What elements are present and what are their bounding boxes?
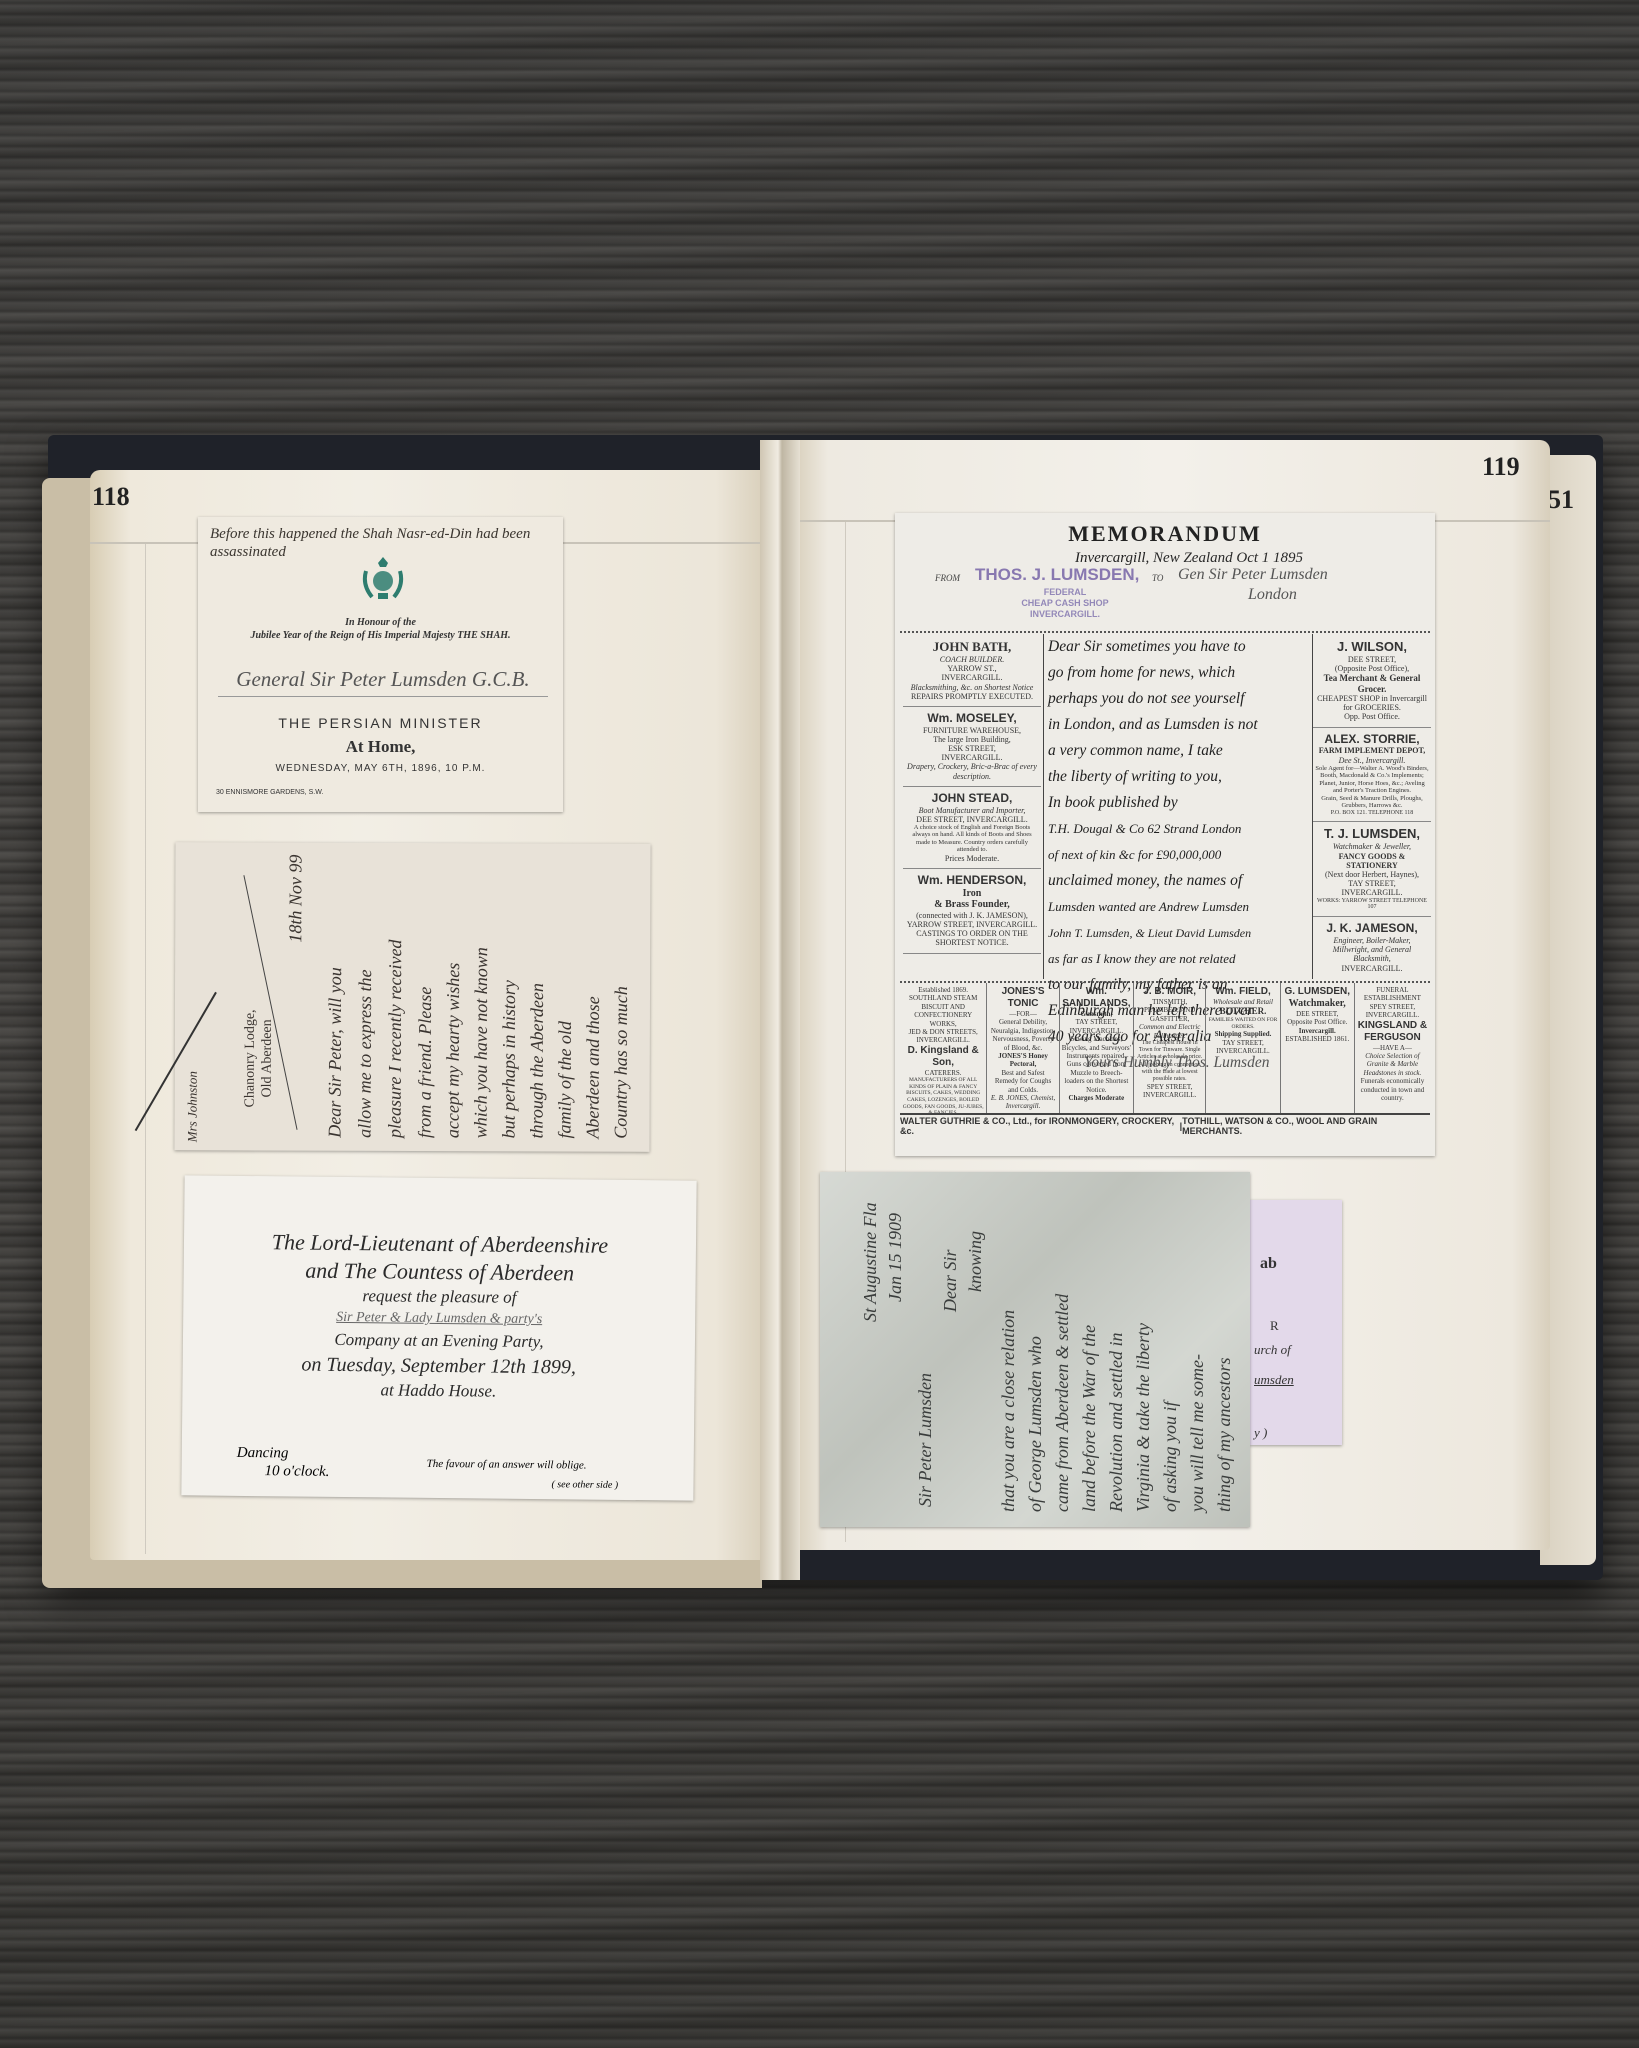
advert-text: Tea Merchant & General Grocer. [1315, 673, 1429, 694]
advert: G. LUMSDEN, Watchmaker, DEE STREET, Oppo… [1281, 983, 1355, 1113]
advert-name: JOHN STEAD, [905, 792, 1039, 806]
letter-line: of George Lumsden who [1025, 1336, 1046, 1512]
advert: Wm. MOSELEY, FURNITURE WAREHOUSE, The la… [903, 707, 1041, 787]
letter-line: go from home for news, which [1044, 660, 1312, 686]
left-advert-column: JOHN BATH, COACH BUILDER. YARROW ST., IN… [903, 635, 1041, 954]
letter-salutation: Sir Peter Lumsden [915, 1373, 936, 1507]
advert-text: E. B. JONES, Chemist, Invercargill. [989, 1094, 1056, 1111]
from-label: FROM [935, 573, 960, 583]
advert-text: Engineer, Boiler-Maker, Millwright, and … [1315, 936, 1429, 964]
advert-text: General Debility, Neuralgia, Indigestion… [989, 1018, 1056, 1052]
advert: J. B. MOIR, TINSMITH, PLUMBER, AND GASFI… [1134, 983, 1206, 1113]
advert-text: DEE STREET, [1283, 1010, 1352, 1018]
advert-text: SOUTHLAND STEAM BISCUIT AND CONFECTIONER… [902, 994, 984, 1028]
letter-line: accept my hearty wishes [443, 963, 465, 1139]
advert-text: —FOR— [989, 1010, 1056, 1018]
letter-header-date: Jan 15 1909 [885, 1213, 906, 1302]
advert: JOHN STEAD, Boot Manufacturer and Import… [903, 787, 1041, 869]
advert-text: FURNITURE WAREHOUSE, [905, 726, 1039, 735]
advert-text: ESTABLISHED 1861. [1283, 1035, 1352, 1043]
stamp-line: FEDERAL [985, 587, 1145, 598]
book-spine-gutter [760, 440, 800, 1580]
footer-advert-left: WALTER GUTHRIE & CO., Ltd., for IRONMONG… [900, 1116, 1180, 1136]
st-augustine-tissue-letter: St Augustine Fla Jan 15 1909 Sir Peter L… [820, 1172, 1250, 1527]
advert-text: The large Iron Building, [905, 735, 1039, 744]
letter-line: Revolution and settled in [1106, 1333, 1127, 1512]
recipient: Gen Sir Peter Lumsden London [1178, 565, 1328, 605]
advert-text: SPEY STREET, INVERCARGILL. [1136, 1083, 1203, 1100]
advert-text: JONES'S Honey Pectoral, [989, 1052, 1056, 1069]
advert-text: Wholesale and Retail [1208, 998, 1277, 1006]
advert-text: Drapery, Crockery, Bric-a-Brac of every … [905, 762, 1039, 780]
advert-text: Blacksmithing, &c. on Shortest Notice [905, 683, 1039, 692]
dancing-time: 10 o'clock. [237, 1462, 330, 1481]
advert: T. J. LUMSDEN, Watchmaker & Jeweller, FA… [1313, 822, 1431, 917]
letter-date: 18th Nov 99 [285, 855, 306, 943]
margin-note: Mrs Johnston [184, 1071, 200, 1142]
advert-text: Shipping Supplied. [1208, 1030, 1277, 1038]
recipient-city: London [1178, 585, 1328, 605]
memorandum-sheet: MEMORANDUM Invercargill, New Zealand Oct… [895, 513, 1435, 1156]
advert-text: INVERCARGILL. [1315, 964, 1429, 973]
advert-text: Opp. Post Office. [1315, 712, 1429, 721]
letter-line: Lumsden wanted are Andrew Lumsden [1044, 894, 1312, 920]
letter-line: as far as I know they are not related [1044, 946, 1312, 972]
letter-line: unclaimed money, the names of [1044, 868, 1312, 894]
chanonry-lodge-letter: Mrs Johnston Chanonry Lodge, Old Aberdee… [174, 842, 650, 1152]
advert-name: Wm. HENDERSON, [905, 874, 1039, 888]
haddo-house-invitation-card: The Lord-Lieutenant of Aberdeenshire and… [181, 1175, 696, 1500]
advert-text: TAY STREET, INVERCARGILL. [1208, 1039, 1277, 1056]
advert-name: J. K. JAMESON, [1315, 922, 1429, 936]
advert-name: JONES'S TONIC [989, 986, 1056, 1010]
advert-name: G. LUMSDEN, [1283, 986, 1352, 998]
to-label: TO [1152, 573, 1163, 583]
memorandum-title: MEMORANDUM [895, 521, 1435, 547]
letter-line: Dear Sir sometimes you have to [1044, 634, 1312, 660]
letter-line: land before the War of the [1079, 1325, 1100, 1512]
event-venue: at Haddo House. [182, 1377, 694, 1404]
advert-text: JED & DON STREETS, INVERCARGILL. [902, 1028, 984, 1045]
letter-line: family of the old [555, 1021, 576, 1139]
handwritten-annotation: Before this happened the Shah Nasr-ed-Di… [210, 525, 550, 561]
advert-text: FANCY GOODS & STATIONERY [1315, 852, 1429, 870]
persian-minister-invitation-card: Before this happened the Shah Nasr-ed-Di… [198, 517, 563, 812]
advert-text: YARROW STREET, INVERCARGILL. [905, 920, 1039, 929]
letter-line: through the Aberdeen [527, 983, 549, 1138]
pink-fragment: umsden [1254, 1372, 1294, 1388]
advert-text: Dee St., Invercargill. [1315, 756, 1429, 765]
advert-text: YARROW ST., [905, 664, 1039, 673]
advert-text: Guns converted from Muzzle to Breech-loa… [1062, 1060, 1131, 1094]
advert-name: J. B. MOIR, [1136, 986, 1203, 998]
advert-text: TAY STREET, INVERCARGILL. [1062, 1018, 1131, 1035]
pink-fragment: urch of [1254, 1342, 1291, 1358]
advert-text: Sewing Machines, Bicycles, and Surveyors… [1062, 1035, 1131, 1060]
advert-text: Opposite Post Office. [1283, 1018, 1352, 1026]
sender-stamp: THOS. J. LUMSDEN, [975, 565, 1139, 585]
advert: Wm. SANDILANDS, Gunsmith, TAY STREET, IN… [1060, 983, 1134, 1113]
advert: J. WILSON, DEE STREET, (Opposite Post Of… [1313, 635, 1431, 728]
letter-line: a very common name, I take [1044, 738, 1312, 764]
dancing-label: Dancing [237, 1444, 330, 1463]
letter-line: In book published by [1044, 790, 1312, 816]
invitation-body: The Lord-Lieutenant of Aberdeenshire and… [182, 1227, 696, 1404]
handwritten-place-date: New Zealand Oct 1 1895 [1153, 550, 1303, 566]
pink-fragment: y ) [1254, 1425, 1267, 1441]
advert: FUNERAL ESTABLISHMENT SPEY STREET, INVER… [1355, 983, 1430, 1113]
sender-stamp-details: FEDERAL CHEAP CASH SHOP INVERCARGILL. [985, 587, 1145, 620]
advert: Wm. FIELD, Wholesale and Retail BUTCHER.… [1206, 983, 1280, 1113]
letter-line: but perhaps in history [499, 980, 521, 1138]
advert-text: MANUFACTURERS OF ALL KINDS OF PLAIN & FA… [902, 1077, 984, 1113]
advert: JOHN BATH, COACH BUILDER. YARROW ST., IN… [903, 635, 1041, 707]
letterhead-line2: Old Aberdeen [260, 1019, 276, 1097]
advert-text: Sole Agent for—Walter A. Wood's Binders,… [1315, 765, 1429, 795]
advert-text: INVERCARGILL. [1315, 888, 1429, 897]
advert-name: KINGSLAND & FERGUSON [1357, 1020, 1428, 1044]
advert-text: (Next door Herbert, Haynes), [1315, 870, 1429, 879]
dancing-note: Dancing 10 o'clock. [237, 1444, 330, 1481]
advert: JONES'S TONIC —FOR— General Debility, Ne… [987, 983, 1059, 1113]
letter-line: Dear Sir [940, 1250, 961, 1313]
footer-advert-right: TOTHILL, WATSON & CO., WOOL AND GRAIN ME… [1182, 1116, 1430, 1136]
letter-line: came from Aberdeen & settled [1052, 1294, 1073, 1512]
letter-line: Country has so much [611, 986, 633, 1139]
advert-name: Wm. SANDILANDS, [1062, 986, 1131, 1010]
advert-text: FAMILIES WAITED ON FOR ORDERS. [1208, 1017, 1277, 1030]
advert-text: SPEY STREET, INVERCARGILL. [1357, 1003, 1428, 1020]
advert-text: Watchmaker, [1283, 998, 1352, 1010]
bottom-advert-row: Established 1869. SOUTHLAND STEAM BISCUI… [900, 981, 1430, 1113]
advert-text: CHEAPEST SHOP in Invercargill for GROCER… [1315, 694, 1429, 712]
margin-line [145, 544, 146, 1554]
advert-text: INVERCARGILL. [905, 753, 1039, 762]
jubilee-line: Jubilee Year of the Reign of His Imperia… [198, 630, 563, 641]
advert-name: D. Kingsland & Son, [902, 1045, 984, 1069]
letter-line: Dear Sir Peter, will you [325, 967, 347, 1138]
letter-line: perhaps you do not see yourself [1044, 686, 1312, 712]
event-date: WEDNESDAY, MAY 6TH, 1896, 10 P.M. [198, 763, 563, 774]
rsvp-note: The favour of an answer will oblige. [427, 1458, 587, 1472]
memo-handwritten-letter: Dear Sir sometimes you have to go from h… [1043, 634, 1313, 979]
advert-text: Invercargill. [1283, 1027, 1352, 1035]
stamp-line: CHEAP CASH SHOP [985, 598, 1145, 609]
advert-text: COACH BUILDER. [905, 655, 1039, 664]
letter-line: allow me to express the [355, 969, 377, 1137]
advert-name: Wm. MOSELEY, [905, 712, 1039, 726]
advert-text: A choice stock of English and Foreign Bo… [905, 824, 1039, 854]
advert-text: WORKS: YARROW STREET TELEPHONE 107 [1315, 898, 1429, 912]
right-page-number: 119 [1482, 452, 1520, 482]
letter-line: from a friend. Please [415, 987, 437, 1138]
pink-fragment: R [1270, 1318, 1279, 1334]
advert-name: T. J. LUMSDEN, [1315, 827, 1429, 842]
advert-text: TINSMITH, PLUMBER, AND GASFITTER, [1136, 998, 1203, 1023]
at-home-heading: At Home, [198, 737, 563, 757]
letter-line: Virginia & take the liberty [1133, 1323, 1154, 1512]
advert: J. K. JAMESON, Engineer, Boiler-Maker, M… [1313, 917, 1431, 978]
letter-line: T.H. Dougal & Co 62 Strand London [1044, 816, 1312, 842]
advert: Wm. HENDERSON, Iron & Brass Founder, (co… [903, 869, 1041, 954]
advert-text: FARM IMPLEMENT DEPOT, [1315, 746, 1429, 755]
right-advert-column: J. WILSON, DEE STREET, (Opposite Post Of… [1313, 635, 1431, 978]
advert-text: Choice Selection of Granite & Marble Hea… [1357, 1052, 1428, 1077]
letter-line: in London, and as Lumsden is not [1044, 712, 1312, 738]
advert-text: Grain, Seed & Manure Drills, Ploughs, Gr… [1315, 795, 1429, 810]
advert-text: (Opposite Post Office), [1315, 664, 1429, 673]
advert-text: The Cheapest House in Town for Tinware. … [1136, 1040, 1203, 1083]
advert-text: Iron [905, 888, 1039, 900]
letter-line: Aberdeen and those [583, 996, 604, 1138]
advert-text: DEE STREET, INVERCARGILL. [905, 815, 1039, 824]
advert-text: Prices Moderate. [905, 854, 1039, 863]
advert-text: DEE STREET, [1315, 655, 1429, 664]
see-other-side-note: ( see other side ) [551, 1479, 618, 1491]
letter-line: John T. Lumsden, & Lieut David Lumsden [1044, 920, 1312, 946]
pink-fragment: ab [1260, 1255, 1277, 1273]
letter-line: you will tell me some- [1187, 1354, 1208, 1512]
advert-text: & Brass Founder, [905, 899, 1039, 911]
letter-line: thing of my ancestors [1214, 1358, 1235, 1513]
stamp-line: INVERCARGILL. [985, 609, 1145, 620]
advert-name: J. WILSON, [1315, 640, 1429, 655]
pink-card-fragment: ab R urch of umsden y ) [1250, 1200, 1342, 1445]
advert-text: BUTCHER. [1208, 1006, 1277, 1017]
advert-name: JOHN BATH, [905, 640, 1039, 655]
advert-text: Funerals economically conducted in town … [1357, 1077, 1428, 1102]
event-address: 30 ENNISMORE GARDENS, S.W. [216, 789, 323, 796]
advert: Established 1869. SOUTHLAND STEAM BISCUI… [900, 983, 987, 1113]
advert-text: Boot Manufacturer and Importer, [905, 806, 1039, 815]
recipient-name: Gen Sir Peter Lumsden [1178, 565, 1328, 585]
advert-text: Gunsmith, [1062, 1010, 1131, 1018]
honour-line: In Honour of the [198, 617, 563, 628]
advert-text: Watchmaker & Jeweller, [1315, 842, 1429, 851]
advert-text: P.O. BOX 121. TELEPHONE 118 [1315, 810, 1429, 817]
letter-header-place: St Augustine Fla [860, 1202, 881, 1322]
letter-line: knowing [965, 1231, 986, 1292]
advert-text: Common and Electric Bellhanger. [1136, 1023, 1203, 1040]
letter-line: of asking you if [1160, 1402, 1181, 1513]
advert-text: Charges Moderate [1062, 1094, 1131, 1102]
letter-line: which you have not known [471, 947, 493, 1138]
memo-footer-bar: WALTER GUTHRIE & CO., Ltd., for IRONMONG… [900, 1113, 1430, 1137]
host-name: THE PERSIAN MINISTER [198, 715, 563, 731]
advert-name: ALEX. STORRIE, [1315, 733, 1429, 747]
advert: ALEX. STORRIE, FARM IMPLEMENT DEPOT, Dee… [1313, 728, 1431, 823]
letter-line: of next of kin &c for £90,000,000 [1044, 842, 1312, 868]
advert-text: REPAIRS PROMPTLY EXECUTED. [905, 692, 1039, 701]
letterhead-line1: Chanonry Lodge, [243, 1009, 259, 1107]
advert-text: INVERCARGILL. [905, 673, 1039, 682]
advert-text: ESK STREET, [905, 744, 1039, 753]
advert-text: Established 1869. [902, 986, 984, 994]
advert-text: TAY STREET, [1315, 879, 1429, 888]
advert-text: —HAVE A— [1357, 1044, 1428, 1052]
advert-text: CASTINGS TO ORDER ON THE SHORTEST NOTICE… [905, 929, 1039, 947]
letter-line: the liberty of writing to you, [1044, 764, 1312, 790]
left-page-number: 118 [92, 482, 130, 512]
advert-text: (connected with J. K. JAMESON), [905, 911, 1039, 920]
tab-page-number: 51 [1548, 485, 1574, 515]
guest-name: General Sir Peter Lumsden G.C.B. [218, 667, 548, 697]
letter-line: that you are a close relation [998, 1310, 1019, 1512]
lion-and-sun-crest-icon [358, 557, 408, 603]
advert-name: Wm. FIELD, [1208, 986, 1277, 998]
advert-text: CATERERS. [902, 1069, 984, 1077]
printed-place: Invercargill, [1075, 550, 1149, 566]
advert-text: Best and Safest Remedy for Coughs and Co… [989, 1069, 1056, 1094]
advert-text: FUNERAL ESTABLISHMENT [1357, 986, 1428, 1003]
letter-line: pleasure I recently received [385, 939, 407, 1137]
